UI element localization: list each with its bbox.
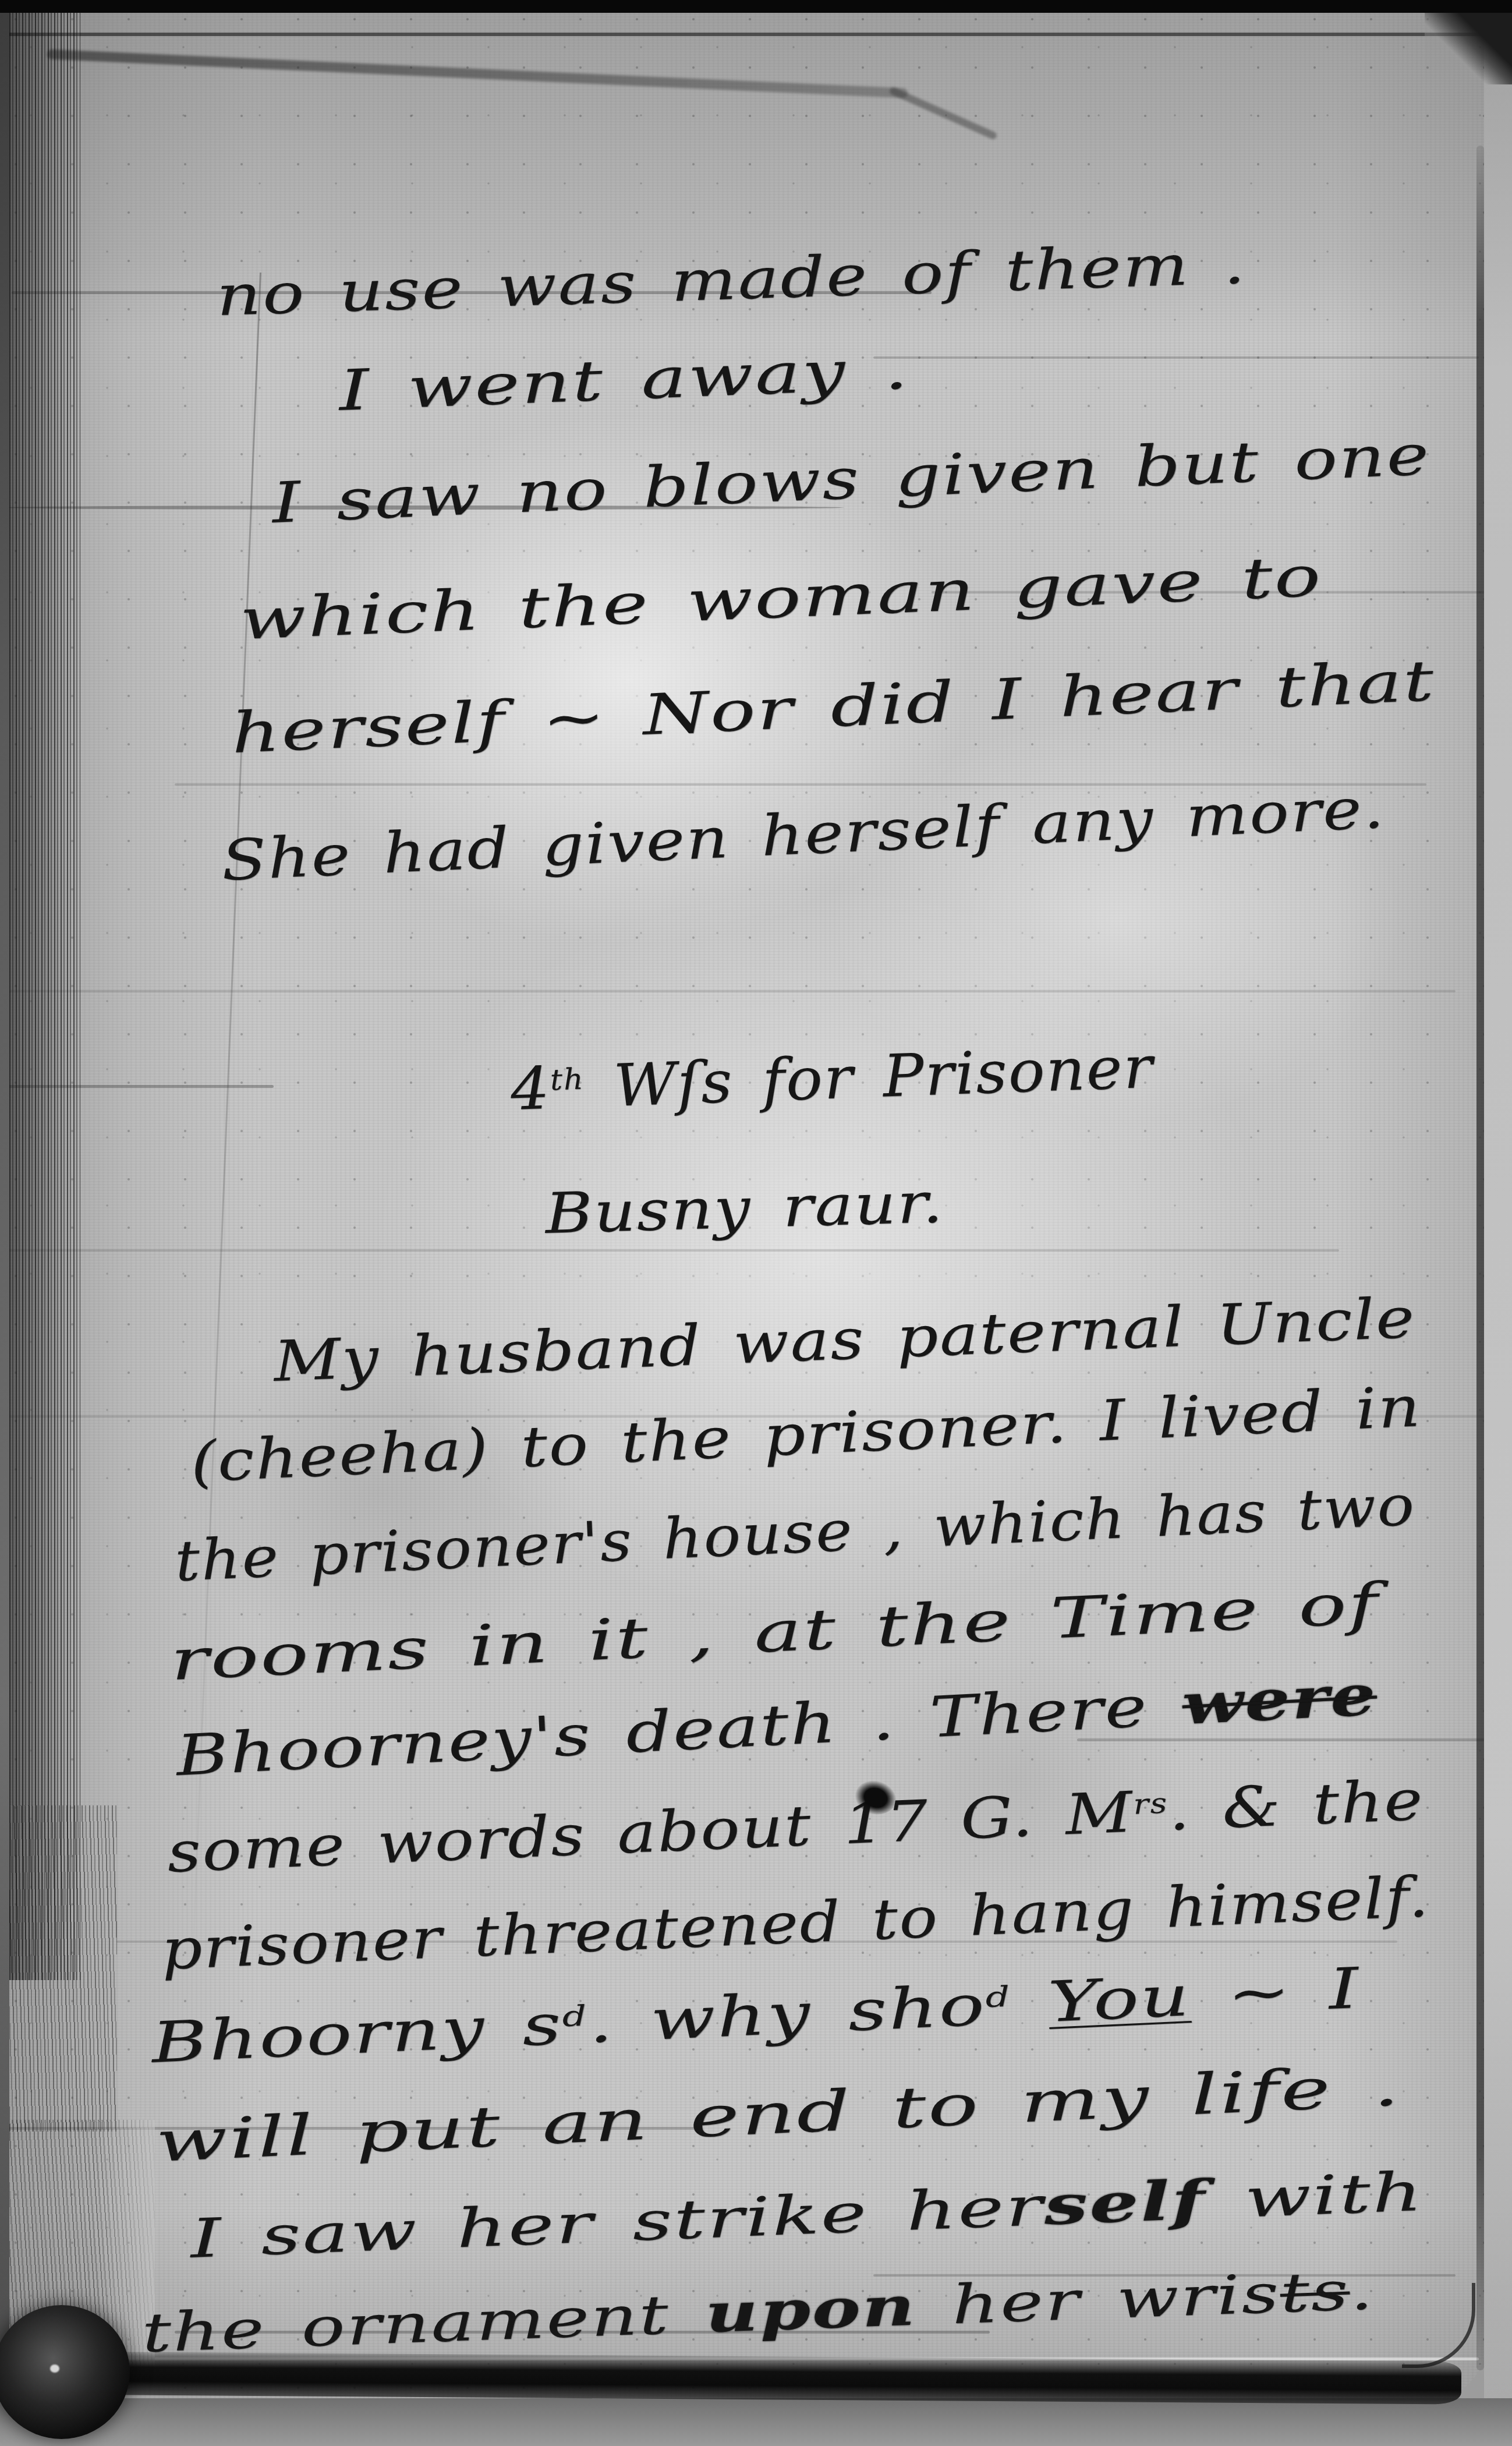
manuscript-line: no use was made of them . <box>215 231 1248 328</box>
manuscript-line: I saw no blows given but one <box>271 422 1432 536</box>
manuscript-word: 4 <box>509 1054 551 1123</box>
scanned-page: no use was made of them .I went away .I … <box>0 0 1512 2446</box>
scan-edge-top <box>0 0 1512 13</box>
manuscript-word: I saw no blows given but one <box>271 422 1432 536</box>
manuscript-word: Bhoorney's death . There <box>175 1672 1184 1788</box>
page-corner-shadow <box>1425 12 1512 84</box>
manuscript-word: some words about 17 G. M <box>166 1779 1135 1885</box>
manuscript-word-heavy: self <box>1043 2168 1208 2238</box>
manuscript-text: no use was made of them .I went away .I … <box>0 0 1512 2446</box>
manuscript-word: which the woman gave to <box>239 543 1323 652</box>
manuscript-word: Wſs for Prisoner <box>583 1033 1155 1121</box>
manuscript-word-sup: th <box>550 1062 585 1097</box>
manuscript-word: . <box>1348 2259 1375 2322</box>
manuscript-word: with <box>1205 2161 1425 2231</box>
manuscript-line: the ornament upon her wrists. <box>141 2258 1375 2364</box>
manuscript-word: Bhoorny s <box>150 1992 564 2076</box>
manuscript-line: (cheeha) to the prisoner. I lived in <box>189 1374 1423 1495</box>
manuscript-word-sup: d <box>561 1999 589 2033</box>
manuscript-line: 4th Wſs for Prisoner <box>509 1033 1155 1123</box>
scan-bed-bottom <box>0 2398 1512 2446</box>
manuscript-line: some words about 17 G. Mrs. & the <box>166 1768 1425 1885</box>
manuscript-word: . & the <box>1167 1768 1425 1843</box>
manuscript-line: will put an end to my life . <box>154 2053 1402 2175</box>
manuscript-word: her wris <box>915 2263 1281 2338</box>
manuscript-line: the prisoner's house , which has two <box>173 1472 1417 1594</box>
manuscript-word-sup: rs <box>1132 1787 1168 1821</box>
manuscript-line: herself ~ Nor did I hear that <box>230 648 1436 766</box>
manuscript-word-underline: You <box>1047 1963 1192 2035</box>
manuscript-word-heavy: upon <box>704 2275 918 2345</box>
manuscript-word-struck-heavy: were <box>1181 1662 1379 1738</box>
manuscript-word: Busny raur. <box>544 1170 945 1246</box>
manuscript-word: (cheeha) to the prisoner. I lived in <box>189 1374 1423 1495</box>
manuscript-word: I saw her strike her <box>189 2175 1045 2270</box>
scan-gutter-right <box>1484 0 1512 2446</box>
manuscript-line: I saw her strike herself with <box>189 2160 1425 2270</box>
manuscript-word: ~ I <box>1189 1956 1361 2028</box>
manuscript-line: I went away . <box>338 336 911 423</box>
manuscript-word: I went away . <box>338 336 911 423</box>
manuscript-word <box>1010 1970 1050 2037</box>
manuscript-word: no use was made of them . <box>215 231 1248 328</box>
manuscript-line: Busny raur. <box>544 1170 945 1246</box>
manuscript-word: . why sho <box>587 1973 987 2056</box>
clasp-knob-glint <box>50 2364 59 2373</box>
manuscript-line: She had given herself any more. <box>220 775 1386 893</box>
manuscript-word: My husband was paternal Uncle <box>272 1285 1417 1394</box>
manuscript-word: the prisoner's house , which has two <box>173 1472 1417 1594</box>
manuscript-word-struck: ts <box>1279 2260 1351 2325</box>
manuscript-word-sup: d <box>985 1980 1012 2014</box>
manuscript-word: She had given herself any more. <box>220 775 1386 893</box>
manuscript-word: will put an end to my life . <box>154 2053 1402 2175</box>
manuscript-line: which the woman gave to <box>239 543 1323 652</box>
manuscript-word: herself ~ Nor did I hear that <box>230 648 1436 766</box>
manuscript-line: My husband was paternal Uncle <box>272 1285 1417 1394</box>
page-right-edge <box>1476 146 1484 2370</box>
